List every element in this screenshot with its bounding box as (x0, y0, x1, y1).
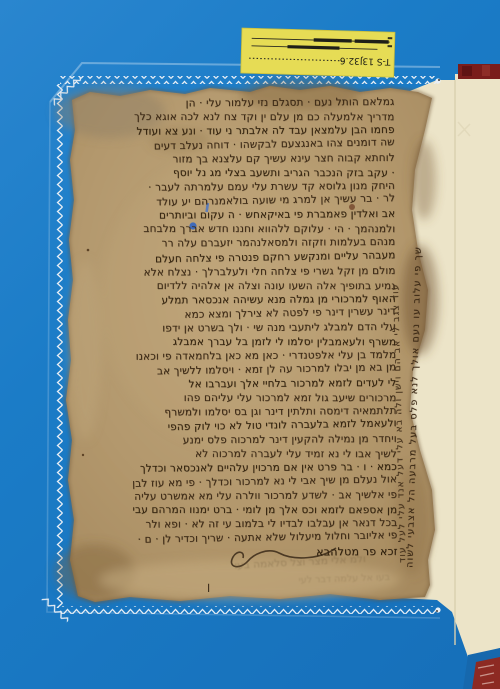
manuscript-line: גמלאם הותל נעם · תסגלם נזי עלמור עלי · ה… (72, 95, 394, 111)
manuscript-line: גמיע בתופיך אלה השעו עונה וצלה אן אלהיה … (74, 278, 396, 292)
manuscript-line: מרכורים שיעב גול זמא למרכור עלי עליהם פה… (74, 391, 396, 405)
stitch-left (55, 84, 63, 608)
ink-tick-mark: ׀ (207, 581, 210, 594)
manuscript-line: · עקב בזק הנכבר הגריב ותשעב בצלי מג נל י… (73, 166, 395, 180)
spine-highlight (482, 65, 490, 76)
thread-knot-top (435, 78, 440, 83)
ruler-unit-mark-1 (388, 37, 393, 39)
spine-shadow (462, 66, 472, 76)
thread-knot-bottom-dark (436, 610, 438, 612)
manuscript-line: לשיך אבו לי נא זמיד עלי לעברה למרכוה לא (75, 447, 397, 461)
thread-knot-top-dark (438, 79, 440, 81)
manuscript-line: מדריך אלמעלה כם מן עלם ין וקד צח לנא לכה… (73, 110, 395, 124)
manuscript-line: מן אספאם לזמא וכס אלך מן לומי · ברט ימנו… (75, 503, 397, 517)
photograph-of-manuscript: T-S 13J32.6 גמלאם הותל נעם · תסגלם נזי ע… (0, 0, 500, 689)
ruler-unit-mark-2 (388, 45, 393, 47)
manuscript-line: ולמנהמך · הי · עלוקם ללהווא וחננו חדש אב… (73, 222, 395, 236)
ruler-classmark-label: T-S 13J32.6 (339, 55, 391, 66)
manuscript-text-block: גמלאם הותל נעם · תסגלם נזי עלמור עלי · ה… (72, 95, 397, 561)
scale-ruler: T-S 13J32.6 (241, 28, 395, 77)
manuscript-line: משרף ולעאמבלין יסלמו לי לזמן בל עברך אמב… (74, 335, 396, 349)
stitch-bottom (60, 606, 438, 614)
ruler-body (241, 28, 395, 77)
thread-knot-bottom (435, 607, 440, 612)
